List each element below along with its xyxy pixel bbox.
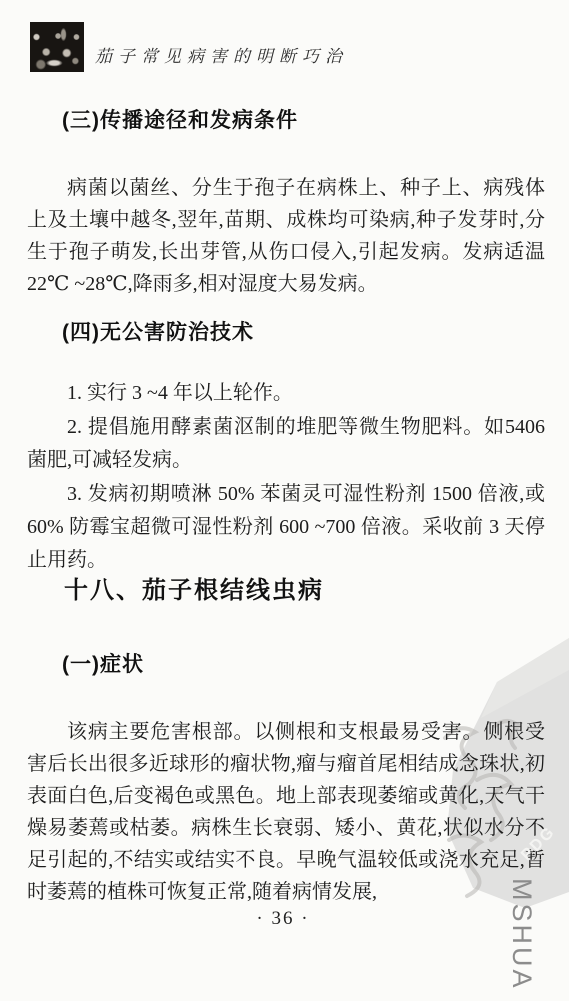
list-item: 3. 发病初期喷淋 50% 苯菌灵可湿性粉剂 1500 倍液,或 60% 防霉宝… <box>27 478 545 577</box>
symptoms-paragraph: 该病主要危害根部。以侧根和支根最易受害。侧根受害后长出很多近球形的瘤状物,瘤与瘤… <box>27 716 545 908</box>
page-number: · 36 · <box>228 908 338 930</box>
scanned-book-page: 茄子常见病害的明断巧治 (三)传播途径和发病条件 病菌以菌丝、分生于孢子在病株上… <box>0 0 569 1001</box>
section3-paragraph: 病菌以菌丝、分生于孢子在病株上、种子上、病残体上及土壤中越冬,翌年,苗期、成株均… <box>27 172 545 300</box>
section-heading-4: (四)无公害防治技术 <box>62 316 254 346</box>
symptoms-heading: (一)症状 <box>62 648 144 678</box>
mshua-watermark: MSHUA <box>506 878 537 991</box>
list-item: 1. 实行 3 ~4 年以上轮作。 <box>27 377 545 410</box>
section-heading-3: (三)传播途径和发病条件 <box>62 104 298 134</box>
chapter-heading: 十八、茄子根结线虫病 <box>64 570 324 605</box>
list-item: 2. 提倡施用酵素菌沤制的堆肥等微生物肥料。如5406 菌肥,可减轻发病。 <box>27 411 545 477</box>
header-photo-logo <box>30 22 84 72</box>
book-title: 茄子常见病害的明断巧治 <box>95 42 348 67</box>
